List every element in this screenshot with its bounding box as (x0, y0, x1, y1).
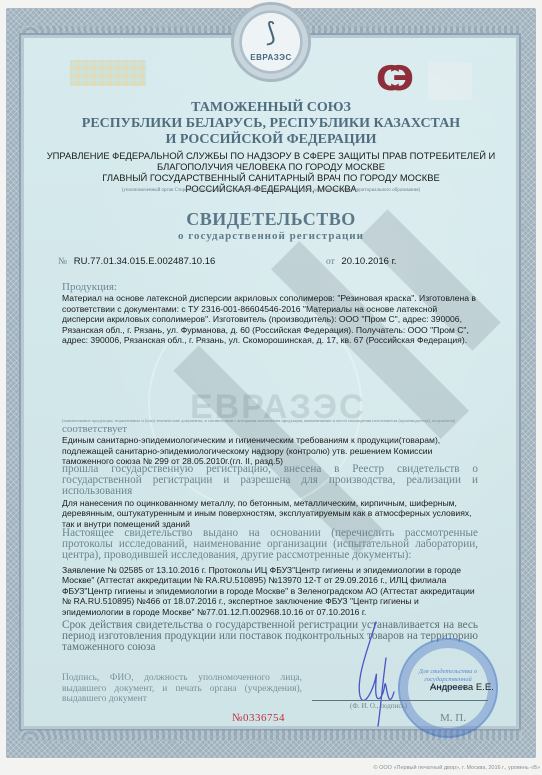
signer-name: Андреева Е.Е. (430, 682, 494, 693)
union-title-line-2: РЕСПУБЛИКИ БЕЛАРУСЬ, РЕСПУБЛИКИ КАЗАХСТА… (0, 116, 542, 132)
basis-text: Заявление № 02585 от 13.10.2016 г. Прото… (62, 565, 478, 618)
basis-label: Настоящее свидетельство выдано на основа… (62, 528, 478, 562)
agency-line-2: БЛАГОПОЛУЧИЯ ЧЕЛОВЕКА ПО ГОРОДУ МОСКВЕ (0, 161, 542, 172)
basis-section: Настоящее свидетельство выдано на основа… (62, 528, 478, 618)
conformity-mark-icon: СЭ (376, 64, 424, 94)
authority-caption: (уполномоченный орган Стороны; руководит… (0, 188, 542, 193)
signature-label: Подпись, ФИО, должность уполномоченного … (62, 673, 302, 705)
certificate-number-row: № RU.77.01.34.015.Е.002487.10.16 (58, 256, 215, 267)
union-title-line-3: И РОССИЙСКОЙ ФЕДЕРАЦИИ (0, 132, 542, 148)
certificate-date: 20.10.2016 г. (341, 256, 396, 267)
conformity-label: соответствует (62, 424, 478, 435)
number-label: № (58, 257, 67, 267)
usage-text: Для нанесения по оцинкованному металлу, … (62, 498, 478, 530)
security-patch (428, 62, 472, 100)
certificate-title: СВИДЕТЕЛЬСТВО (0, 209, 542, 230)
certificate-subtitle: о государственной регистрации (0, 230, 542, 242)
certificate-date-row: от 20.10.2016 г. (326, 256, 397, 267)
eurasec-emblem: ⟆ ЕВРАЗЭС (234, 5, 308, 79)
form-serial-number: №0336754 (232, 712, 285, 724)
certificate-number: RU.77.01.34.015.Е.002487.10.16 (74, 256, 216, 267)
handwritten-signature (346, 618, 406, 728)
agency-line-3: ГЛАВНЫЙ ГОСУДАРСТВЕННЫЙ САНИТАРНЫЙ ВРАЧ … (0, 172, 542, 183)
conformity-text: Единым санитарно-эпидемиологическим и ги… (62, 435, 478, 467)
fio-caption: (Ф. И. О., подпись) (350, 702, 407, 710)
hologram-sticker (70, 60, 146, 86)
emblem-label: ЕВРАЗЭС (234, 53, 308, 62)
signature-line (312, 700, 488, 701)
emblem-swirl-icon: ⟆ (254, 19, 288, 47)
registration-statement: прошла государственную регистрацию, внес… (62, 464, 478, 498)
agency-line-1: УПРАВЛЕНИЕ ФЕДЕРАЛЬНОЙ СЛУЖБЫ ПО НАДЗОРУ… (0, 150, 542, 161)
product-description: Материал на основе латексной дисперсии а… (62, 293, 478, 346)
conformity-section: соответствует Единым санитарно-эпидемиол… (62, 424, 478, 467)
product-label: Продукция: (62, 282, 478, 293)
union-title-line-1: ТАМОЖЕННЫЙ СОЮЗ (0, 100, 542, 116)
seal-caption: М. П. (440, 712, 466, 724)
printer-imprint: © ООО «Первый печатный двор», г. Москва,… (374, 765, 540, 771)
registration-section: прошла государственную регистрацию, внес… (62, 464, 478, 529)
product-section: Продукция: Материал на основе латексной … (62, 282, 478, 346)
date-label: от (326, 257, 335, 267)
